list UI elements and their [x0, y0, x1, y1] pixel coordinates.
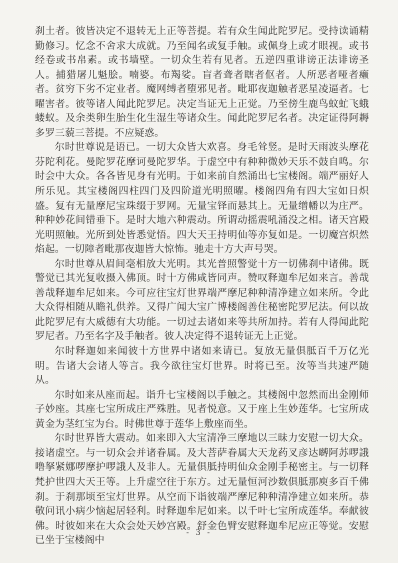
- paragraph: 尔时世尊说是语已。一切大众皆大欢喜。身毛耸竖。是时天雨波头摩花芬陀利花。曼陀罗花…: [35, 141, 369, 257]
- paragraph: 尔时世尊从眉间毫相放大光明。其光普照警觉十方一切佛刹中诸佛。既警觉已其光复收摄入…: [35, 258, 369, 345]
- scanned-document-page: 刹土者。彼皆决定不退转无上正等菩提。若有众生闻此陀罗尼。受持读诵精勤修习。忆念不…: [0, 0, 398, 563]
- text-block: 刹土者。彼皆决定不退转无上正等菩提。若有众生闻此陀罗尼。受持读诵精勤修习。忆念不…: [35, 25, 369, 549]
- paragraph: 尔时释迦如来闻彼十方世界中诸如来请已。复放无量俱胝百千万亿光明。告诸大会诸人等言…: [35, 345, 369, 389]
- page-number: - 3 -: [0, 528, 398, 537]
- paragraph: 尔时如来从座而起。诣升七宝楼阁以手触之。其楼阁中忽然而出金刚师子妙座。其座七宝所…: [35, 389, 369, 433]
- paragraph: 刹土者。彼皆决定不退转无上正等菩提。若有众生闻此陀罗尼。受持读诵精勤修习。忆念不…: [35, 25, 369, 141]
